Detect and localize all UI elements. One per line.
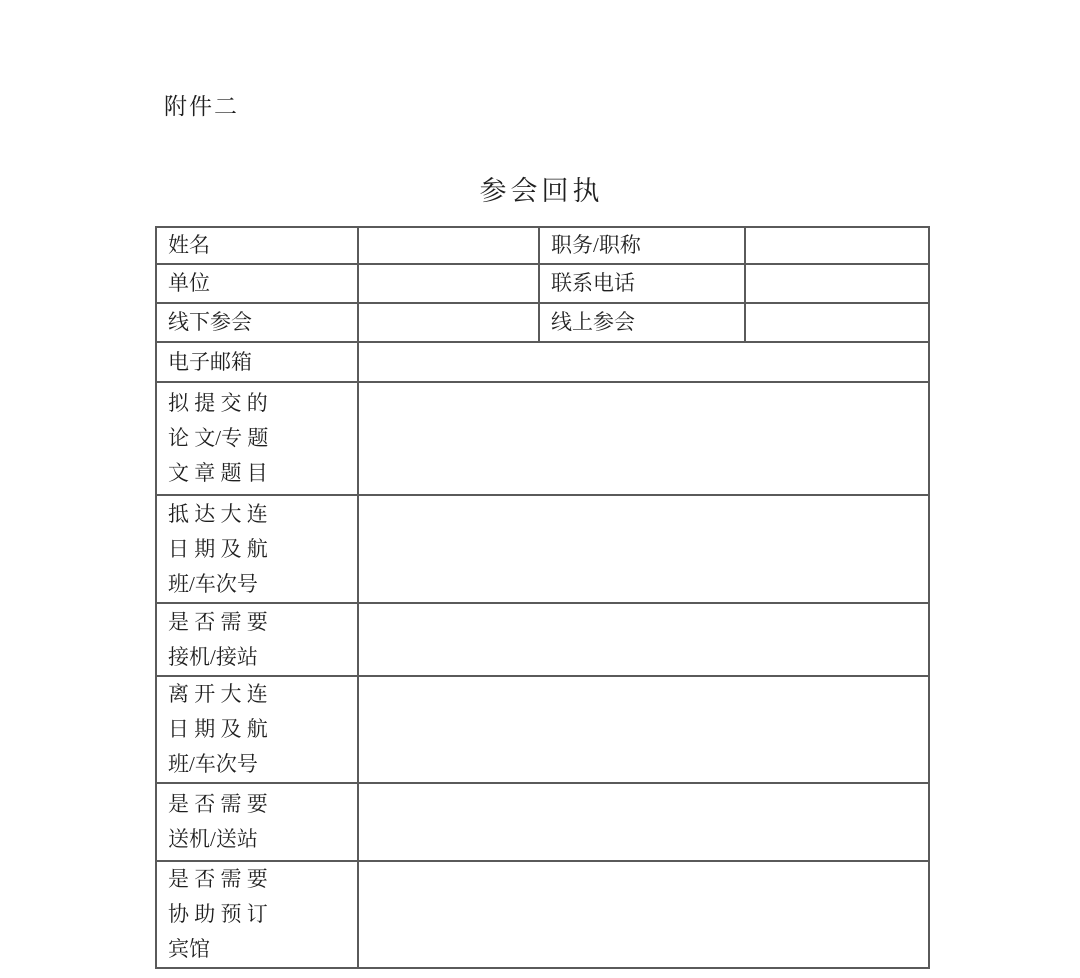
table-row: 线下参会 线上参会: [156, 303, 929, 342]
field-label-phone: 联系电话: [539, 264, 745, 303]
field-label-dropoff-needed: 是 否 需 要 送机/送站: [156, 783, 358, 861]
field-label-email: 电子邮箱: [156, 342, 358, 382]
field-value-phone[interactable]: [745, 264, 929, 303]
field-value-name[interactable]: [358, 227, 539, 264]
field-value-pickup-needed[interactable]: [358, 603, 929, 676]
attachment-label: 附件二: [164, 92, 239, 122]
field-label-departure-info: 离 开 大 连 日 期 及 航 班/车次号: [156, 676, 358, 783]
field-label-organization: 单位: [156, 264, 358, 303]
form-title: 参会回执: [0, 174, 1080, 208]
table-row: 离 开 大 连 日 期 及 航 班/车次号: [156, 676, 929, 783]
table-row: 抵 达 大 连 日 期 及 航 班/车次号: [156, 495, 929, 603]
field-value-organization[interactable]: [358, 264, 539, 303]
field-label-name: 姓名: [156, 227, 358, 264]
field-value-departure-info[interactable]: [358, 676, 929, 783]
table-row: 电子邮箱: [156, 342, 929, 382]
table-row: 是 否 需 要 送机/送站: [156, 783, 929, 861]
table-row: 拟 提 交 的 论 文/专 题 文 章 题 目: [156, 382, 929, 495]
field-value-paper-title[interactable]: [358, 382, 929, 495]
field-value-arrival-info[interactable]: [358, 495, 929, 603]
table-row: 姓名 职务/职称: [156, 227, 929, 264]
field-value-dropoff-needed[interactable]: [358, 783, 929, 861]
field-label-hotel-booking: 是 否 需 要 协 助 预 订 宾馆: [156, 861, 358, 968]
field-label-position: 职务/职称: [539, 227, 745, 264]
table-row: 是 否 需 要 协 助 预 订 宾馆: [156, 861, 929, 968]
field-value-position[interactable]: [745, 227, 929, 264]
field-value-online-attendance[interactable]: [745, 303, 929, 342]
field-value-email[interactable]: [358, 342, 929, 382]
field-label-paper-title: 拟 提 交 的 论 文/专 题 文 章 题 目: [156, 382, 358, 495]
field-value-hotel-booking[interactable]: [358, 861, 929, 968]
field-label-online-attendance: 线上参会: [539, 303, 745, 342]
table-row: 单位 联系电话: [156, 264, 929, 303]
reply-form-table: 姓名 职务/职称 单位 联系电话 线下参会 线上参会 电子邮箱: [155, 226, 930, 969]
table-row: 是 否 需 要 接机/接站: [156, 603, 929, 676]
field-label-arrival-info: 抵 达 大 连 日 期 及 航 班/车次号: [156, 495, 358, 603]
field-value-offline-attendance[interactable]: [358, 303, 539, 342]
field-label-offline-attendance: 线下参会: [156, 303, 358, 342]
field-label-pickup-needed: 是 否 需 要 接机/接站: [156, 603, 358, 676]
document-page: 附件二 参会回执 姓名 职务/职称 单位 联系电话 线下参会: [0, 0, 1080, 978]
